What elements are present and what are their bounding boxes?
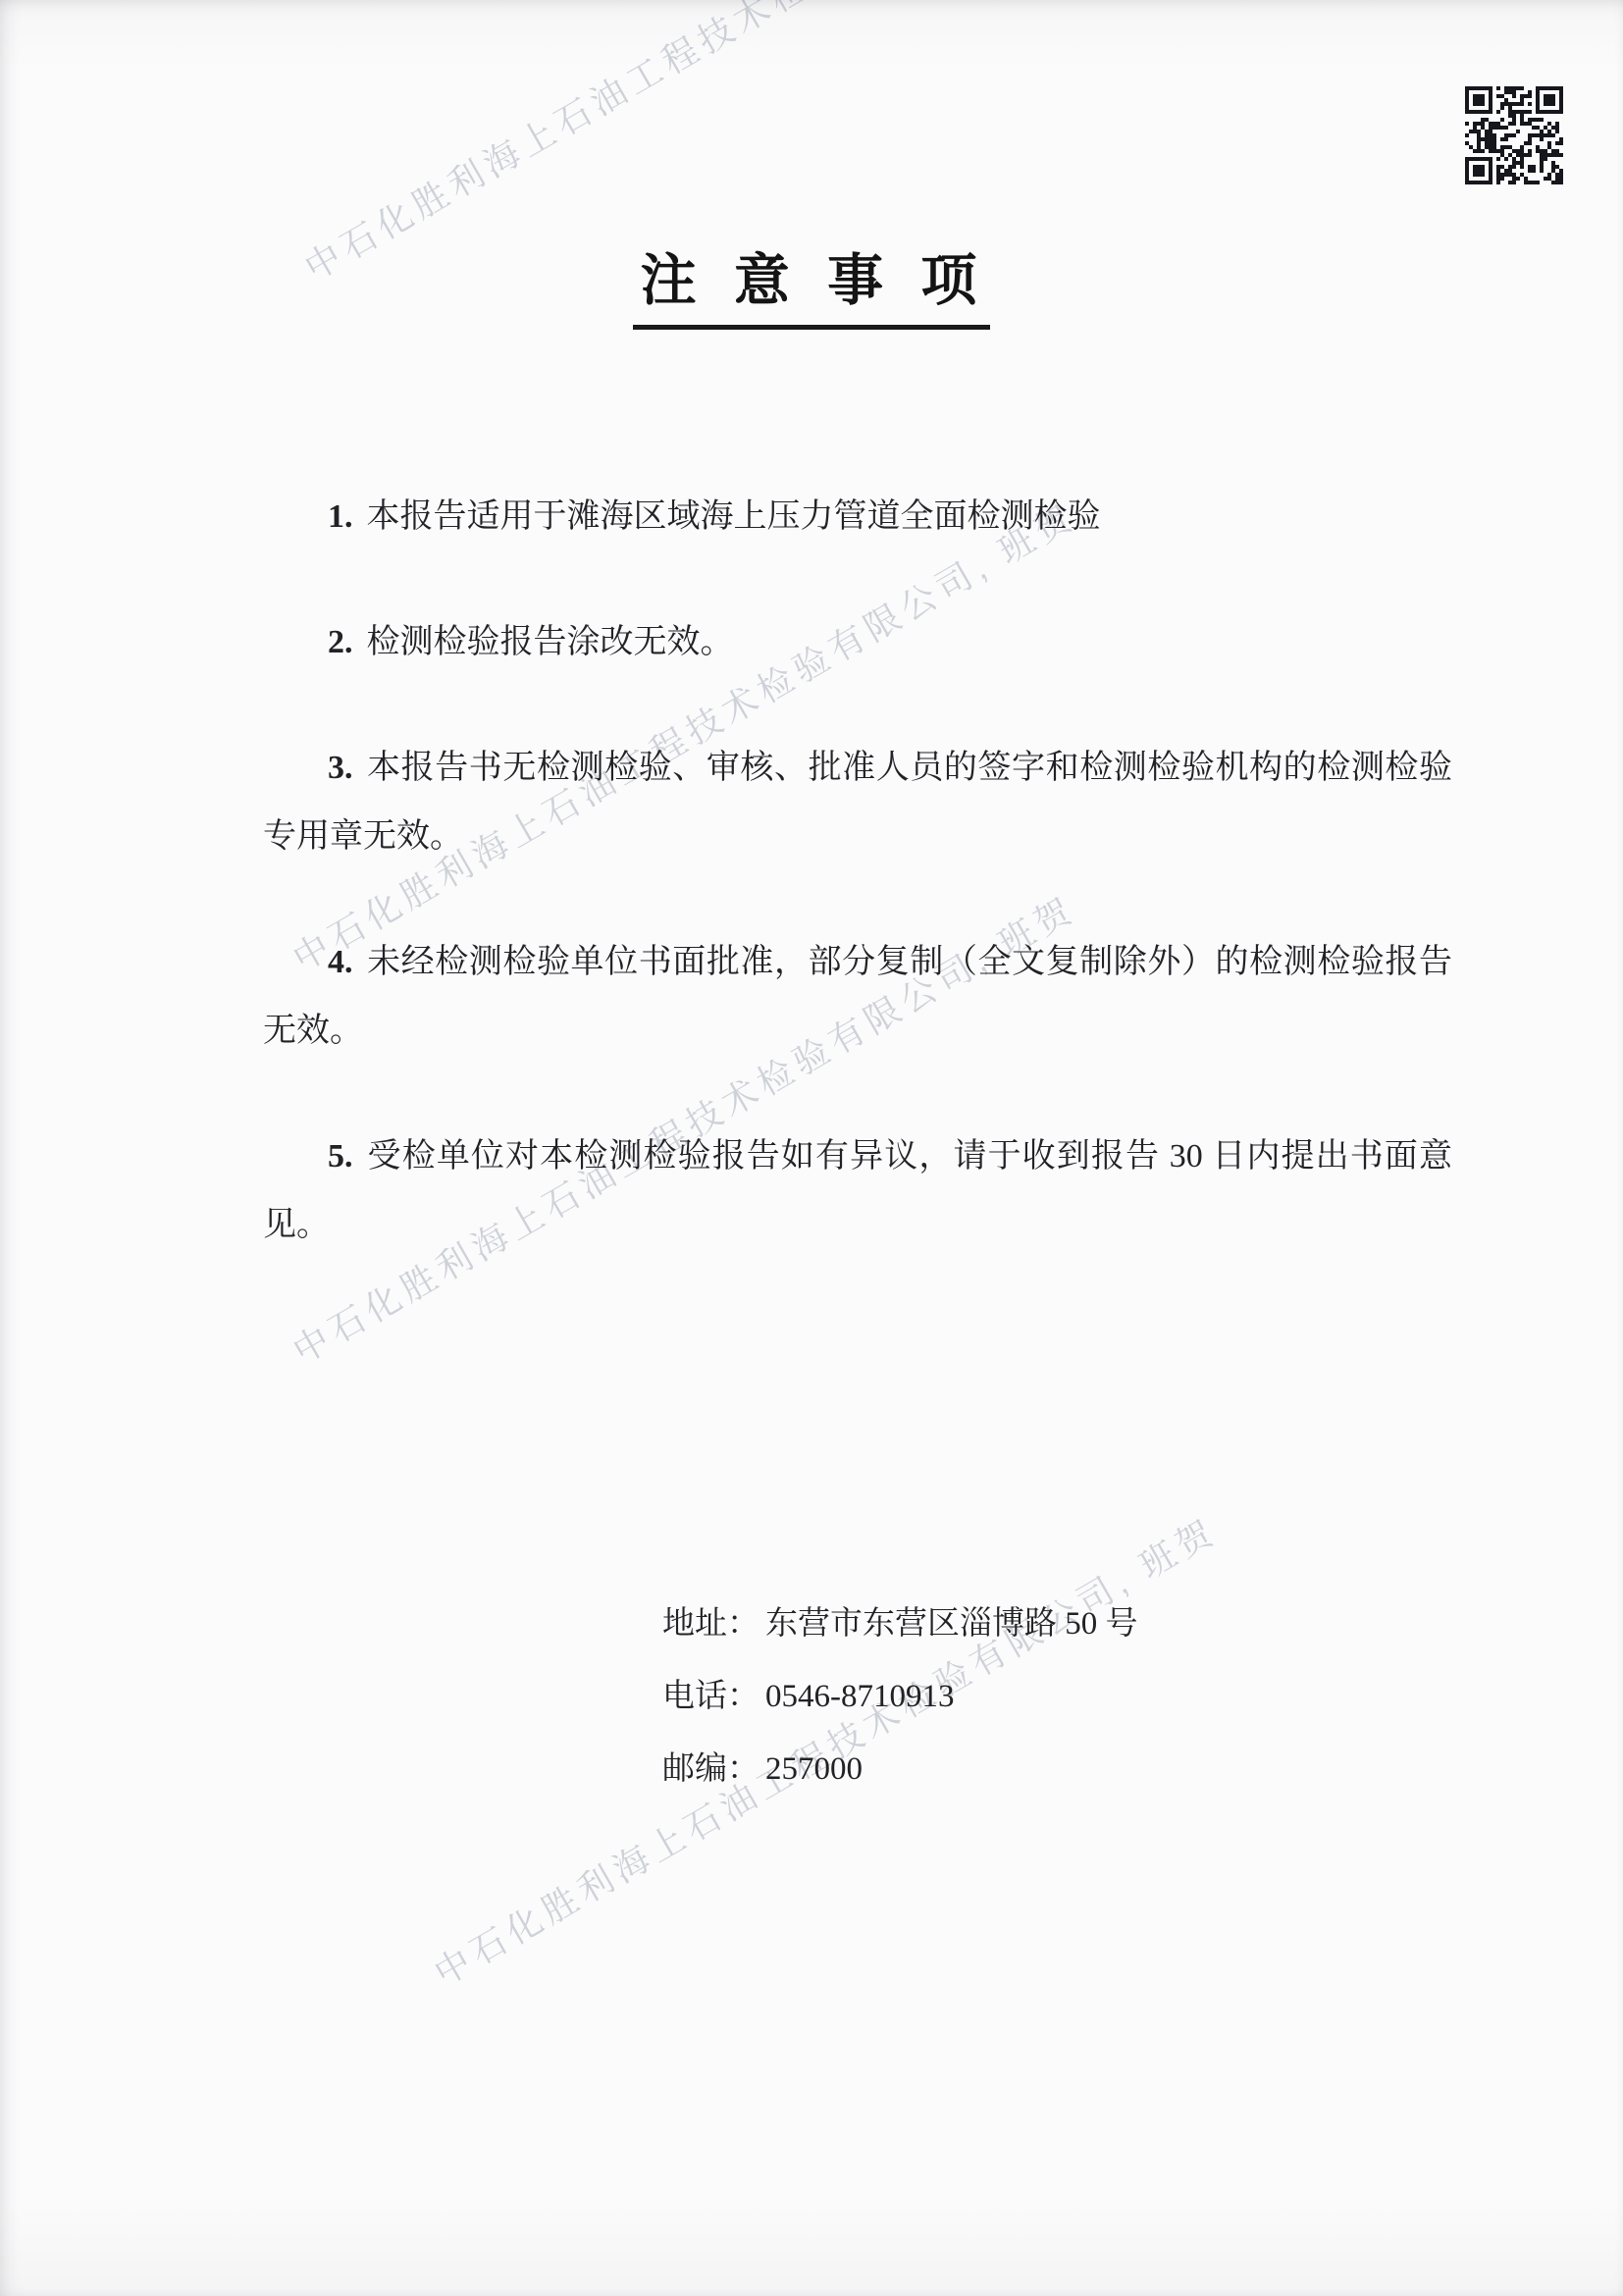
contact-block: 地址：东营市东营区淄博路 50 号 电话：0546-8710913 邮编：257…: [662, 1588, 1138, 1805]
phone-row: 电话：0546-8710913: [662, 1660, 1138, 1733]
address-label: 地址：: [662, 1606, 759, 1642]
notice-item: 4.未经检测检验单位书面批准，部分复制（全文复制除外）的检测检验报告无效。: [263, 928, 1452, 1066]
item-number: 5.: [328, 1138, 353, 1174]
notice-item: 1.本报告适用于滩海区域海上压力管道全面检测检验: [263, 483, 1452, 551]
item-text: 检测检验报告涂改无效。: [367, 624, 734, 660]
item-number: 4.: [328, 944, 353, 980]
qr-code-icon: [1465, 86, 1563, 184]
item-number: 3.: [328, 750, 353, 786]
notice-item: 5.受检单位对本检测检验报告如有异议，请于收到报告 30 日内提出书面意见。: [263, 1122, 1452, 1260]
item-number: 2.: [328, 624, 353, 660]
notice-page: 中石化胜利海上石油工程技术检验有限公司, 班贺 中石化胜利海上石油工程技术检验有…: [0, 0, 1623, 2296]
address-value: 东营市东营区淄博路 50 号: [765, 1606, 1138, 1642]
item-number: 1.: [328, 498, 353, 535]
page-title: 注 意 事 项: [633, 235, 991, 330]
postcode-label: 邮编：: [662, 1751, 759, 1787]
item-text: 本报告书无检测检验、审核、批准人员的签字和检测检验机构的检测检验专用章无效。: [263, 750, 1452, 855]
phone-value: 0546-8710913: [765, 1679, 955, 1714]
title-row: 注 意 事 项: [0, 235, 1623, 330]
notice-item: 2.检测检验报告涂改无效。: [263, 608, 1452, 677]
address-row: 地址：东营市东营区淄博路 50 号: [662, 1588, 1138, 1660]
phone-label: 电话：: [662, 1679, 759, 1714]
notice-item: 3.本报告书无检测检验、审核、批准人员的签字和检测检验机构的检测检验专用章无效。: [263, 734, 1452, 871]
postcode-value: 257000: [765, 1751, 863, 1787]
item-text: 本报告适用于滩海区域海上压力管道全面检测检验: [367, 498, 1101, 535]
item-text: 受检单位对本检测检验报告如有异议，请于收到报告 30 日内提出书面意见。: [263, 1138, 1452, 1243]
notice-list: 1.本报告适用于滩海区域海上压力管道全面检测检验 2.检测检验报告涂改无效。 3…: [263, 483, 1452, 1317]
item-text: 未经检测检验单位书面批准，部分复制（全文复制除外）的检测检验报告无效。: [263, 944, 1452, 1049]
postcode-row: 邮编：257000: [662, 1733, 1138, 1805]
